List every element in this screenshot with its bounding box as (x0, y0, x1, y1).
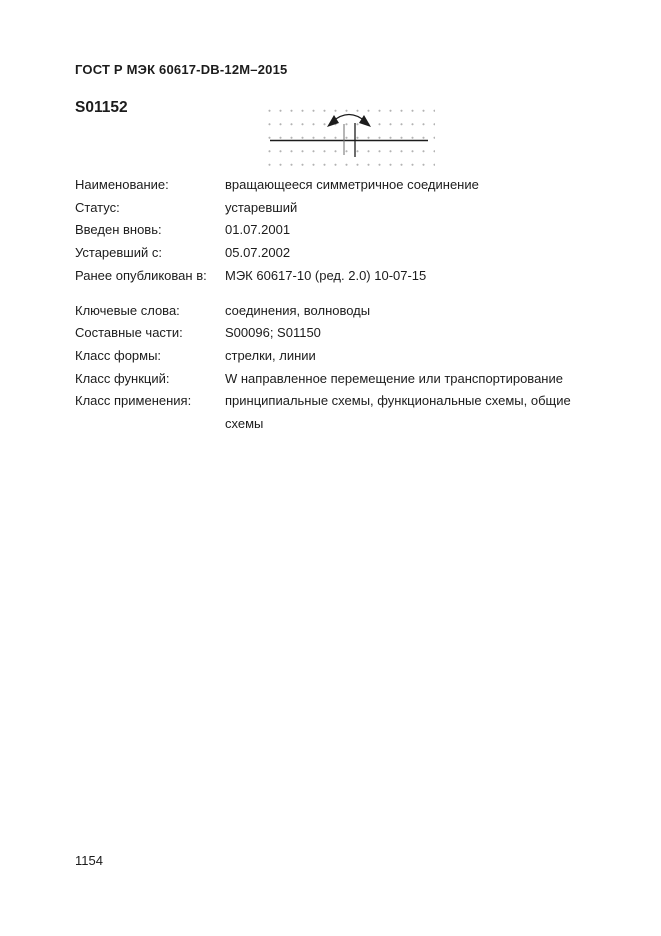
field-row-function-class: Класс функций: W направленное перемещени… (75, 368, 595, 391)
document-title: ГОСТ Р МЭК 60617-DB-12M–2015 (75, 62, 287, 77)
field-label: Ключевые слова: (75, 300, 225, 323)
field-row-previously-published: Ранее опубликован в: МЭК 60617-10 (ред. … (75, 265, 595, 288)
field-label: Составные части: (75, 322, 225, 345)
field-value: S00096; S01150 (225, 322, 321, 345)
symbol-id: S01152 (75, 99, 128, 117)
field-value: стрелки, линии (225, 345, 316, 368)
field-row-shape-class: Класс формы: стрелки, линии (75, 345, 595, 368)
field-label: Наименование: (75, 174, 225, 197)
field-row-name: Наименование: вращающееся симметричное с… (75, 174, 595, 197)
symbol-graphic (262, 100, 435, 168)
field-value: W направленное перемещение или транспорт… (225, 368, 563, 391)
field-row-components: Составные части: S00096; S01150 (75, 322, 595, 345)
field-label: Введен вновь: (75, 219, 225, 242)
field-value: соединения, волноводы (225, 300, 370, 323)
field-value: 05.07.2002 (225, 242, 290, 265)
document-page: ГОСТ Р МЭК 60617-DB-12M–2015 S01152 Наим… (0, 0, 661, 936)
rotating-symmetric-joint-icon (262, 100, 435, 168)
field-value: принципиальные схемы, функциональные схе… (225, 390, 577, 435)
field-row-reintroduced: Введен вновь: 01.07.2001 (75, 219, 595, 242)
field-label: Устаревший с: (75, 242, 225, 265)
field-list: Наименование: вращающееся симметричное с… (75, 174, 595, 436)
field-value: устаревший (225, 197, 297, 220)
field-value: МЭК 60617-10 (ред. 2.0) 10-07-15 (225, 265, 426, 288)
page-number: 1154 (75, 853, 103, 868)
field-label: Класс применения: (75, 390, 225, 413)
field-value: 01.07.2001 (225, 219, 290, 242)
field-label: Ранее опубликован в: (75, 265, 225, 288)
field-row-keywords: Ключевые слова: соединения, волноводы (75, 300, 595, 323)
field-row-obsolete-since: Устаревший с: 05.07.2002 (75, 242, 595, 265)
field-row-status: Статус: устаревший (75, 197, 595, 220)
field-value: вращающееся симметричное соединение (225, 174, 479, 197)
field-label: Статус: (75, 197, 225, 220)
field-label: Класс функций: (75, 368, 225, 391)
field-row-application-class: Класс применения: принципиальные схемы, … (75, 390, 595, 435)
field-label: Класс формы: (75, 345, 225, 368)
section-gap (75, 288, 595, 300)
